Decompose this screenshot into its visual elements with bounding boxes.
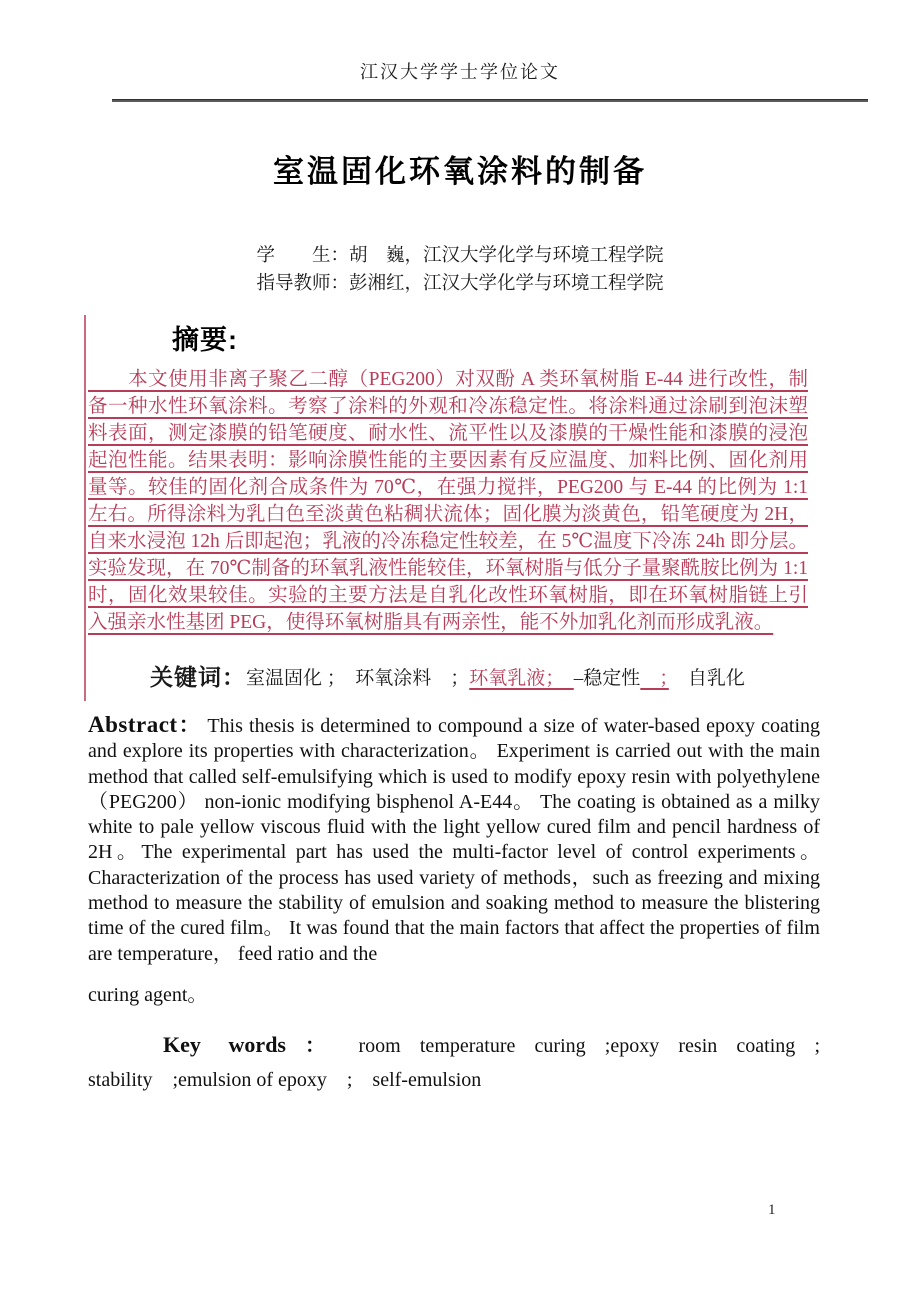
student-line: 学 生：胡 巍，江汉大学化学与环境工程学院 [0, 243, 920, 271]
keywords-zh-segment-inserted: 环氧乳液； [469, 668, 574, 689]
thesis-page: 江汉大学学士学位论文 室温固化环氧涂料的制备 学 生：胡 巍，江汉大学化学与环境… [0, 0, 920, 1302]
keywords-zh-label: 关键词 [150, 664, 222, 690]
keywords-en-label: Key words [163, 1032, 286, 1057]
abstract-en-last-line: curing agent。 [88, 978, 820, 1007]
keywords-zh-segment: 室温固化 ； 环氧涂料 ； [246, 668, 469, 689]
keywords-en-line: Key words ： room temperature curing ;epo… [88, 1028, 820, 1097]
keywords-zh-segment-inserted: ； [640, 668, 669, 689]
page-number: 1 [768, 1202, 776, 1219]
keywords-en-colon: ： [286, 1035, 359, 1057]
keywords-zh-colon: ： [222, 664, 246, 690]
advisor-line: 指导教师：彭湘红，江汉大学化学与环境工程学院 [0, 271, 920, 299]
keywords-zh-segment: 自乳化 [669, 668, 745, 689]
byline-block: 学 生：胡 巍，江汉大学化学与环境工程学院 指导教师：彭湘红，江汉大学化学与环境… [0, 243, 920, 298]
page-title: 室温固化环氧涂料的制备 [0, 146, 920, 191]
abstract-en-paragraph: Abstract： This thesis is determined to c… [88, 712, 820, 967]
abstract-zh-paragraph: 本文使用非离子聚乙二醇（PEG200）对双酚 A 类环氧树脂 E-44 进行改性… [88, 366, 808, 636]
abstract-en-heading: Abstract [88, 712, 178, 737]
keywords-zh-segment: –稳定性 [574, 668, 641, 689]
revision-change-bar [84, 315, 86, 701]
abstract-en-body: This thesis is determined to compound a … [88, 715, 820, 965]
keywords-zh-line: 关键词：室温固化 ； 环氧涂料 ；环氧乳液； –稳定性 ； 自乳化 [150, 659, 870, 692]
abstract-zh-heading: 摘要: [172, 318, 238, 357]
abstract-en-colon: ： [178, 713, 208, 737]
header-rule-divider [112, 99, 868, 102]
running-header: 江汉大学学士学位论文 [0, 58, 920, 84]
